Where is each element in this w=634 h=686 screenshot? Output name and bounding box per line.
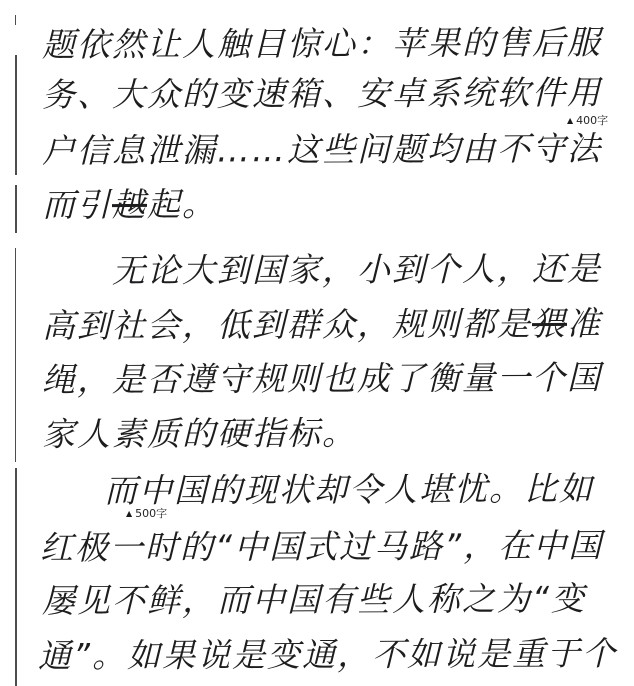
handwriting-line-1: 题依然让人触目惊心：苹果的售后服: [42, 21, 602, 67]
handwriting-line-11: 屡见不鲜，而中国有些人称之为“变: [42, 577, 586, 623]
line-text: 高到社会，低到群众，规则都是: [42, 304, 532, 345]
crossed-out-character: 越: [112, 185, 147, 224]
handwriting-line-6: 高到社会，低到群众，规则都是猥准: [42, 302, 602, 348]
handwriting-line-8: 家人素质的硬指标。: [42, 411, 357, 456]
left-margin-line: [15, 55, 17, 175]
handwriting-line-4: 而引越起。: [42, 183, 217, 228]
word-count-label: 400字: [576, 114, 608, 127]
handwriting-line-3: 户信息泄漏……这些问题均由不守法: [42, 127, 602, 173]
handwriting-line-5: 无论大到国家，小到个人，还是: [112, 247, 602, 293]
line-text: 起。: [147, 185, 217, 224]
crossed-out-character: 猥: [532, 304, 567, 343]
handwriting-line-12: 通”。如果说是变通，不如说是重于个: [38, 632, 617, 679]
line-text: 准: [567, 304, 602, 343]
manuscript-page: 题依然让人触目惊心：苹果的售后服 务、大众的变速箱、安卓系统软件用 ▲400字 …: [0, 0, 634, 686]
word-count-marker-500: ▲500字: [126, 505, 167, 521]
line-text: 而引: [42, 185, 112, 224]
handwriting-line-7: 绳，是否遵守规则也成了衡量一个国: [42, 356, 602, 402]
left-margin-line: [15, 15, 16, 25]
triangle-up-icon: ▲: [126, 509, 132, 518]
word-count-label: 500字: [135, 507, 167, 520]
handwriting-line-10: 红极一时的“中国式过马路”，在中国: [40, 524, 603, 570]
word-count-marker-400: ▲400字: [567, 112, 608, 128]
left-margin-line: [15, 185, 17, 233]
handwriting-line-2: 务、大众的变速箱、安卓系统软件用: [42, 71, 602, 117]
left-margin-line: [15, 468, 17, 686]
triangle-up-icon: ▲: [567, 116, 573, 125]
left-margin-line: [15, 248, 16, 462]
handwriting-line-9: 而中国的现状却令人堪忧。比如: [104, 467, 594, 513]
